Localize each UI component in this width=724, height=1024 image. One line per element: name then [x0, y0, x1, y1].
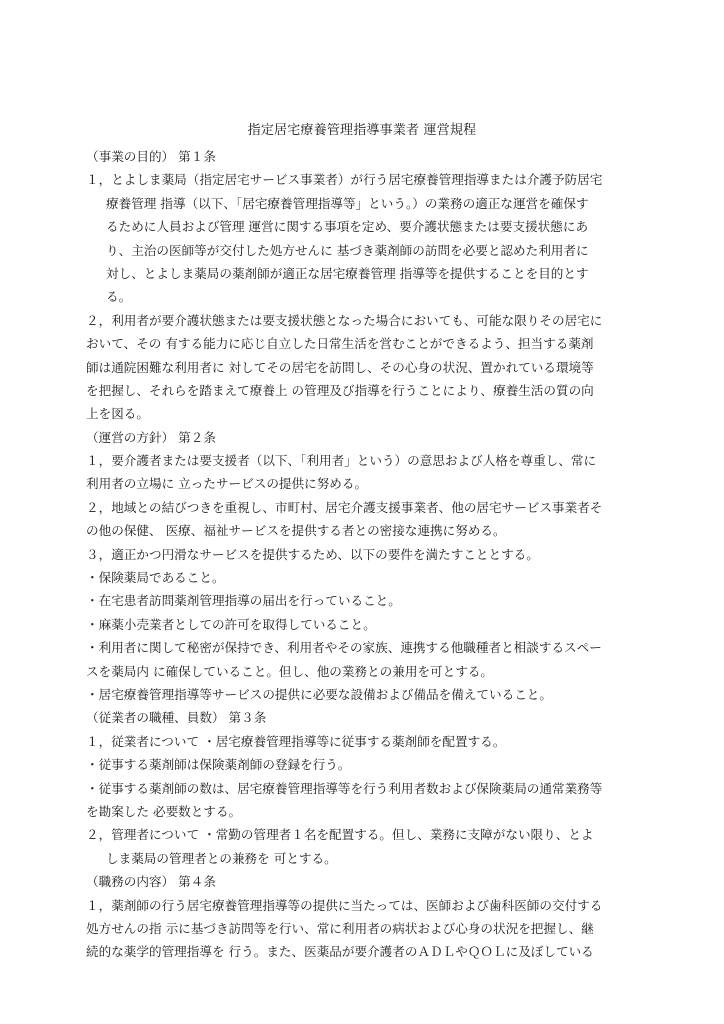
text-line: 師は通院困難な利用者に 対してその居宅を訪問し、その心身の状況、置かれている環境… [86, 356, 624, 379]
document-body: （事業の目的） 第１条１，とよしま薬局（指定居宅サービス事業者）が行う居宅療養管… [86, 145, 624, 964]
text-line: ・麻薬小売業者としての許可を取得していること。 [86, 613, 624, 636]
text-line: ２，管理者について ・常勤の管理者１名を配置する。但し、業務に支障がない限り、と… [86, 823, 624, 846]
text-line: 続的な薬学的管理指導を 行う。また、医薬品が要介護者のＡＤＬやＱＯＬに及ぼしてい… [86, 940, 624, 963]
text-line: 利用者の立場に 立ったサービスの提供に努める。 [86, 472, 624, 495]
section-heading: （職務の内容） 第４条 [86, 870, 624, 893]
text-line: ３，適正かつ円滑なサービスを提供するため、以下の要件を満たすこととする。 [86, 543, 624, 566]
text-line: ・従事する薬剤師は保険薬剤師の登録を行う。 [86, 753, 624, 776]
document-page: 指定居宅療養管理指導事業者 運営規程 （事業の目的） 第１条１，とよしま薬局（指… [0, 0, 724, 1024]
text-line: 処方せんの指 示に基づき訪問等を行い、常に利用者の病状および心身の状況を把握し、… [86, 917, 624, 940]
text-line: 対し、とよしま薬局の薬剤師が適正な居宅療養管理 指導等を提供することを目的とす [86, 262, 624, 285]
text-line: ・保険薬局であること。 [86, 566, 624, 589]
section-heading: （従業者の職種、員数） 第３条 [86, 706, 624, 729]
text-line: を把握し、それらを踏まえて療養上 の管理及び指導を行うことにより、療養生活の質の… [86, 379, 624, 402]
text-line: おいて、その 有する能力に応じ自立した日常生活を営むことができるよう、担当する薬… [86, 332, 624, 355]
text-line: ・従事する薬剤師の数は、居宅療養管理指導等を行う利用者数および保険薬局の通常業務… [86, 777, 624, 800]
text-line: を勘案した 必要数とする。 [86, 800, 624, 823]
text-line: ・在宅患者訪問薬剤管理指導の届出を行っていること。 [86, 589, 624, 612]
text-line: ２，利用者が要介護状態または要支援状態となった場合においても、可能な限りその居宅… [86, 309, 624, 332]
text-line: １，要介護者または要支援者（以下、「利用者」という）の意思および人格を尊重し、常… [86, 449, 624, 472]
text-line: １，薬剤師の行う居宅療養管理指導等の提供に当たっては、医師および歯科医師の交付す… [86, 894, 624, 917]
text-line: しま薬局の管理者との兼務を 可とする。 [86, 847, 624, 870]
text-line: ・利用者に関して秘密が保持でき、利用者やその家族、連携する他職種者と相談するスペ… [86, 636, 624, 659]
text-line: ・居宅療養管理指導等サービスの提供に必要な設備および備品を備えていること。 [86, 683, 624, 706]
section-heading: （事業の目的） 第１条 [86, 145, 624, 168]
text-line: １，とよしま薬局（指定居宅サービス事業者）が行う居宅療養管理指導または介護予防居… [86, 168, 624, 191]
text-line: る。 [86, 285, 624, 308]
text-line: 上を図る。 [86, 402, 624, 425]
text-line: り、主治の医師等が交付した処方せんに 基づき薬剤師の訪問を必要と認めた利用者に [86, 239, 624, 262]
document-title: 指定居宅療養管理指導事業者 運営規程 [0, 121, 724, 141]
text-line: の他の保健、 医療、福祉サービスを提供する者との密接な連携に努める。 [86, 519, 624, 542]
text-line: 療養管理 指導（以下、「居宅療養管理指導等」という。）の業務の適正な運営を確保す [86, 192, 624, 215]
text-line: るために人員および管理 運営に関する事項を定め、要介護状態または要支援状態にあ [86, 215, 624, 238]
text-line: スを薬局内 に確保していること。但し、他の業務との兼用を可とする。 [86, 660, 624, 683]
text-line: ２，地域との結びつきを重視し、市町村、居宅介護支援事業者、他の居宅サービス事業者… [86, 496, 624, 519]
text-line: １，従業者について ・居宅療養管理指導等に従事する薬剤師を配置する。 [86, 730, 624, 753]
section-heading: （運営の方針） 第２条 [86, 426, 624, 449]
